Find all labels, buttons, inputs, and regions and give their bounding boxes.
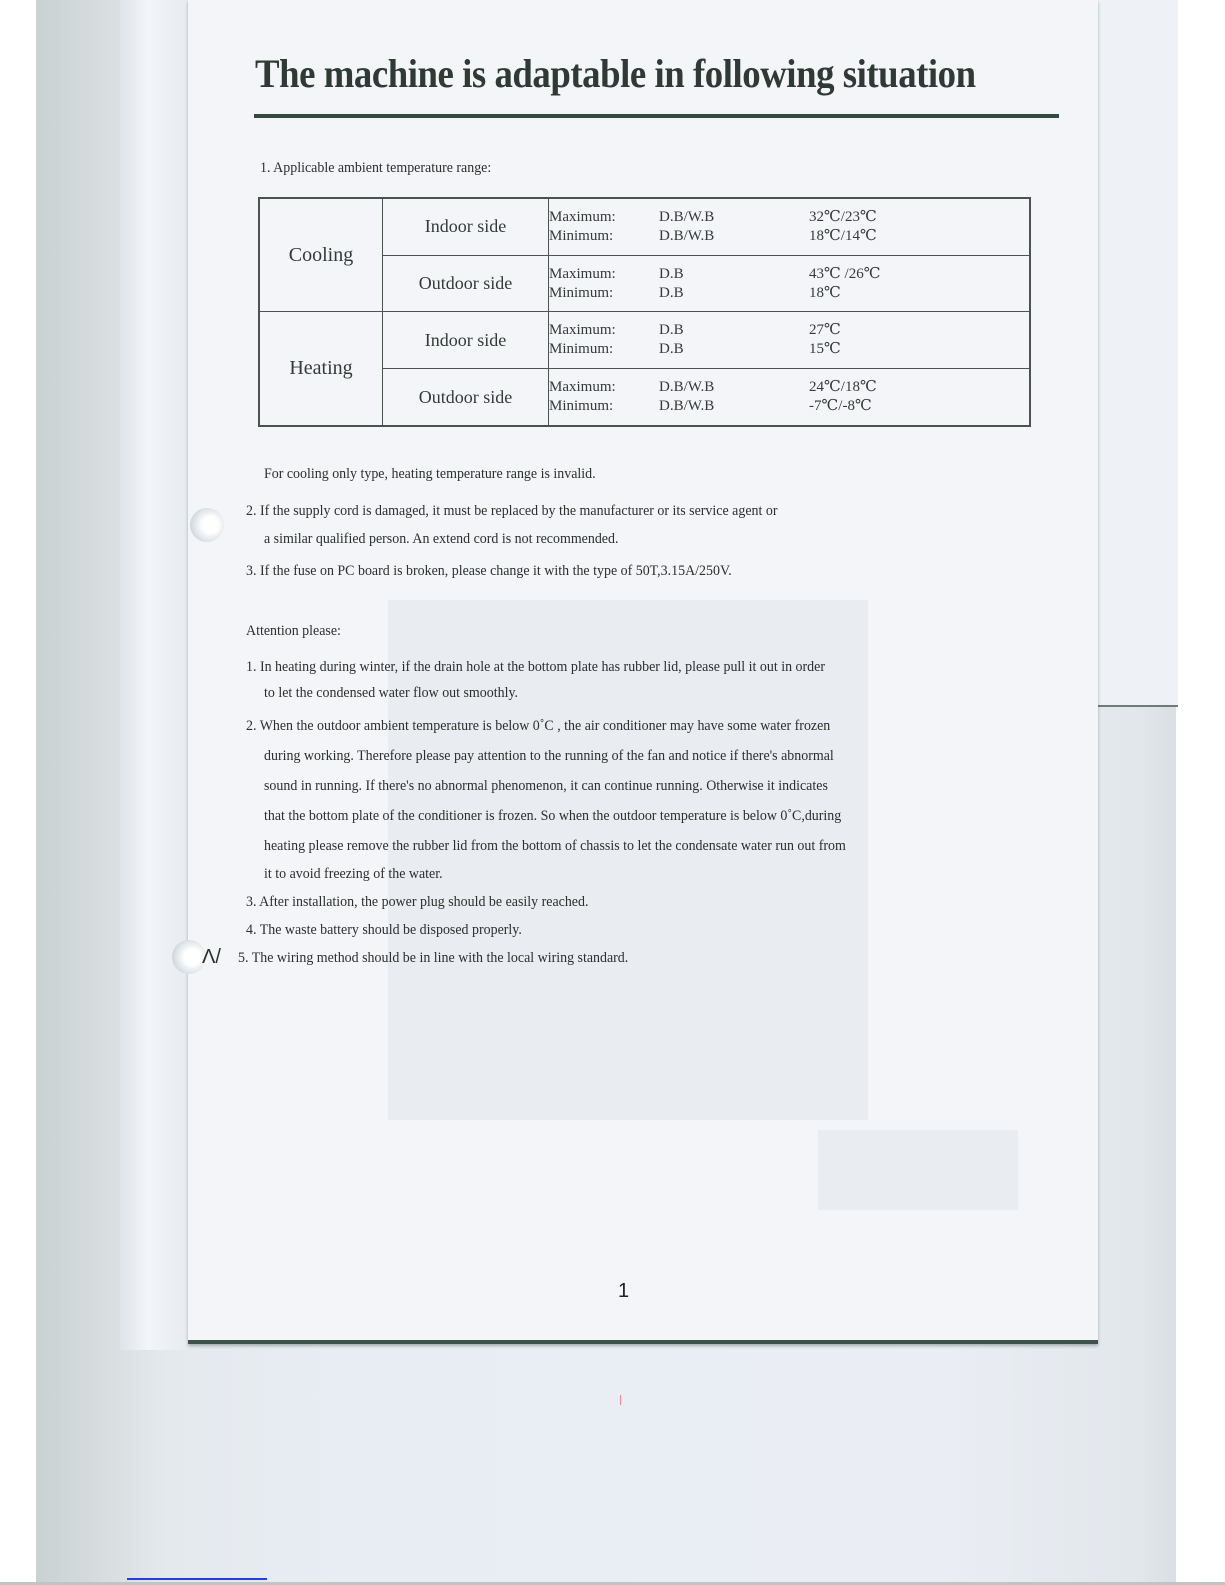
punch-hole (190, 508, 224, 542)
temperature-value: 15℃ (809, 340, 841, 359)
temperature-value: 32℃/23℃ (809, 208, 877, 227)
values-cell: Maximum:D.B/W.B24℃/18℃ Minimum:D.B/W.B-7… (549, 369, 1031, 426)
bulb-type: D.B (659, 284, 809, 303)
limit-label: Minimum: (549, 227, 659, 246)
attention-2-line-3: sound in running. If there's no abnormal… (264, 778, 828, 795)
binder-spine (120, 0, 190, 1350)
bulb-type: D.B/W.B (659, 378, 809, 397)
attention-1-line-1: 1. In heating during winter, if the drai… (246, 659, 825, 676)
temperature-value: 18℃ (809, 284, 841, 303)
attention-2-line-1: 2. When the outdoor ambient temperature … (246, 718, 830, 735)
mode-cell: Cooling (259, 198, 383, 312)
attention-2-line-2: during working. Therefore please pay att… (264, 748, 834, 765)
attention-2-line-5: heating please remove the rubber lid fro… (264, 838, 846, 855)
temperature-value: 24℃/18℃ (809, 378, 877, 397)
bulb-type: D.B/W.B (659, 208, 809, 227)
bulb-type: D.B/W.B (659, 227, 809, 246)
attention-1-line-2: to let the condensed water flow out smoo… (264, 685, 518, 702)
margin-mark: Λ/ (202, 946, 221, 969)
values-cell: Maximum:D.B43℃ /26℃ Minimum:D.B18℃ (549, 255, 1031, 312)
punch-hole (172, 940, 206, 974)
bleed-through-shadow (388, 600, 868, 1120)
table-row: Cooling Indoor side Maximum:D.B/W.B32℃/2… (259, 198, 1030, 255)
temperature-value: 18℃/14℃ (809, 227, 877, 246)
attention-4: 4. The waste battery should be disposed … (246, 922, 522, 939)
scan-artifact (620, 1395, 621, 1405)
limit-label: Maximum: (549, 265, 659, 284)
temperature-range-table: Cooling Indoor side Maximum:D.B/W.B32℃/2… (258, 197, 1031, 427)
mode-cell: Heating (259, 312, 383, 426)
temperature-value: -7℃/-8℃ (809, 397, 872, 416)
limit-label: Minimum: (549, 340, 659, 359)
attention-2-line-4: that the bottom plate of the conditioner… (264, 808, 841, 825)
bulb-type: D.B (659, 265, 809, 284)
attention-2-line-6: it to avoid freezing of the water. (264, 866, 443, 883)
limit-label: Maximum: (549, 208, 659, 227)
item-2-line-2: a similar qualified person. An extend co… (264, 531, 618, 548)
scan-edge-link-line (127, 1578, 267, 1580)
attention-5: 5. The wiring method should be in line w… (238, 950, 628, 967)
side-cell: Outdoor side (383, 369, 549, 426)
values-cell: Maximum:D.B/W.B32℃/23℃ Minimum:D.B/W.B18… (549, 198, 1031, 255)
cooling-only-note: For cooling only type, heating temperatu… (264, 466, 596, 483)
attention-3: 3. After installation, the power plug sh… (246, 894, 588, 911)
values-cell: Maximum:D.B27℃ Minimum:D.B15℃ (549, 312, 1031, 369)
table-row: Heating Indoor side Maximum:D.B27℃ Minim… (259, 312, 1030, 369)
title-divider (254, 114, 1059, 118)
side-cell: Indoor side (383, 312, 549, 369)
attention-heading: Attention please: (246, 623, 341, 640)
temperature-value: 27℃ (809, 321, 841, 340)
limit-label: Maximum: (549, 321, 659, 340)
bulb-type: D.B (659, 321, 809, 340)
side-cell: Outdoor side (383, 255, 549, 312)
item-2-line-1: 2. If the supply cord is damaged, it mus… (246, 503, 777, 520)
section-heading: 1. Applicable ambient temperature range: (260, 160, 491, 177)
limit-label: Maximum: (549, 378, 659, 397)
item-3: 3. If the fuse on PC board is broken, pl… (246, 563, 732, 580)
temperature-value: 43℃ /26℃ (809, 265, 880, 284)
page-title: The machine is adaptable in following si… (255, 50, 976, 97)
side-cell: Indoor side (383, 198, 549, 255)
limit-label: Minimum: (549, 284, 659, 303)
limit-label: Minimum: (549, 397, 659, 416)
underlying-sheet-edge (1098, 0, 1178, 707)
bleed-through-shadow (818, 1130, 1018, 1210)
bulb-type: D.B/W.B (659, 397, 809, 416)
bulb-type: D.B (659, 340, 809, 359)
page-number: 1 (618, 1280, 629, 1303)
